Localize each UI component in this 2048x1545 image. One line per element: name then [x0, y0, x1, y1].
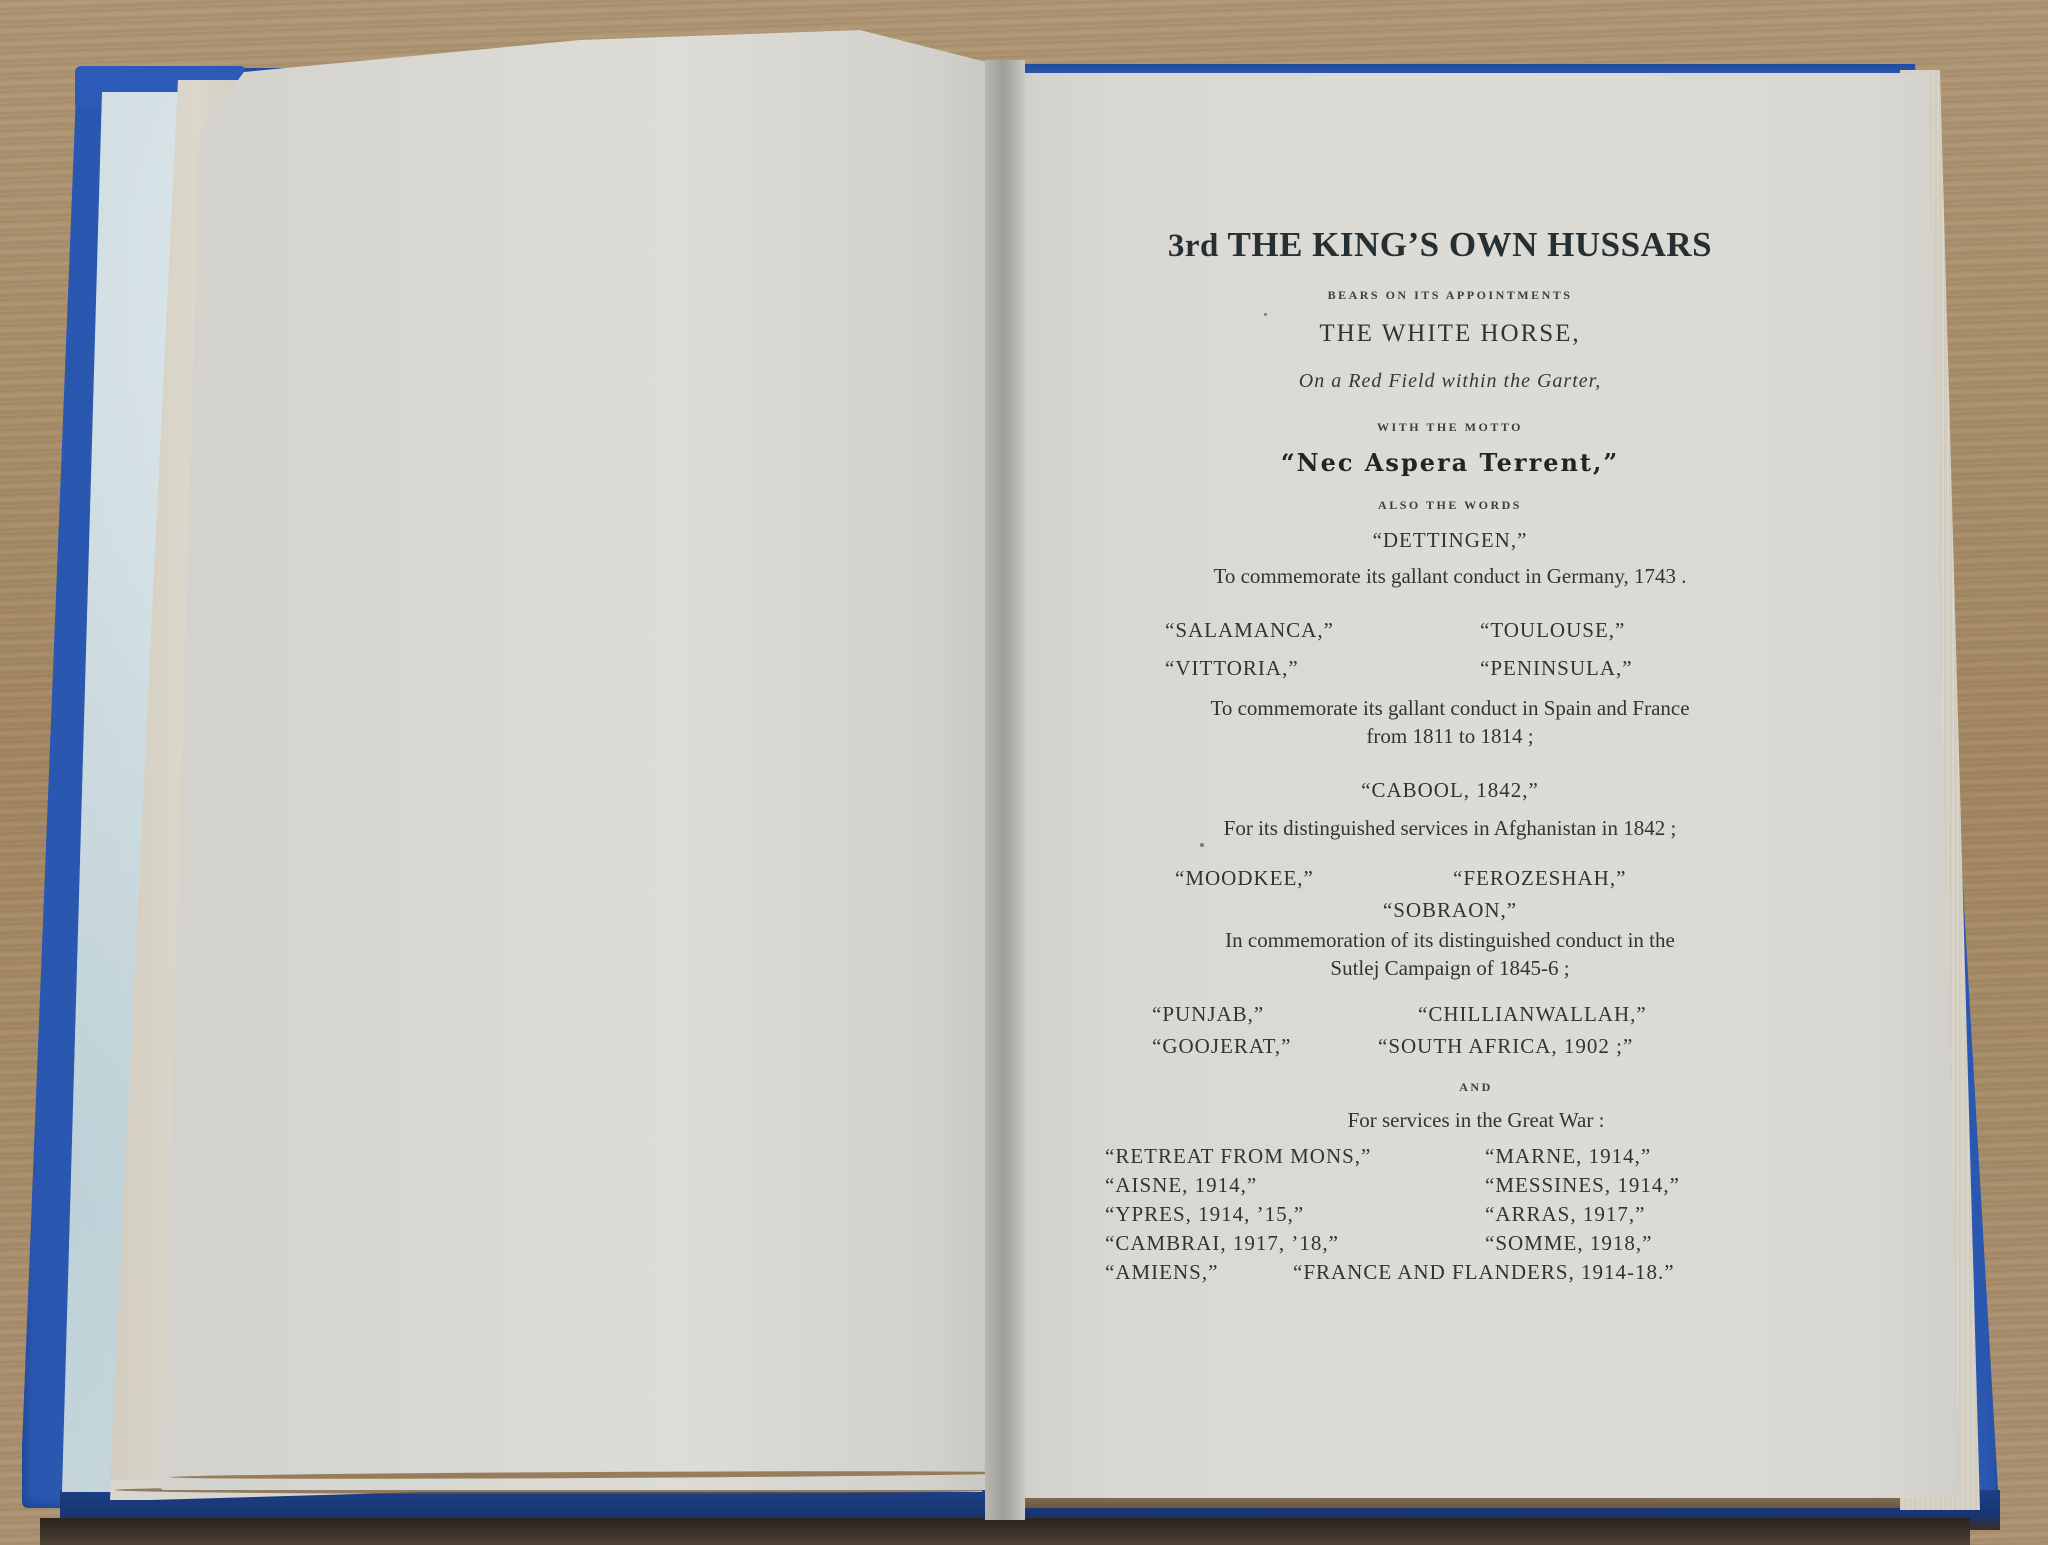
honour-ypres: “YPRES, 1914, ’15,” [1105, 1202, 1304, 1227]
honour-retreat-from-mons: “RETREAT FROM MONS,” [1105, 1144, 1371, 1169]
honour-salamanca: “SALAMANCA,” [1165, 618, 1334, 643]
honour-messines: “MESSINES, 1914,” [1485, 1173, 1680, 1198]
title-ordinal: 3rd [1168, 228, 1219, 264]
book-gutter [985, 60, 1025, 1520]
motto: “Nec Aspera Terrent,” [1060, 448, 1840, 477]
honour-france-and-flanders: “FRANCE AND FLANDERS, 1914-18.” [1293, 1260, 1675, 1285]
honour-peninsula: “PENINSULA,” [1480, 656, 1633, 681]
honour-south-africa: “SOUTH AFRICA, 1902 ;” [1378, 1034, 1633, 1059]
badge-title: THE WHITE HORSE, [1060, 320, 1840, 348]
page-title: 3rd THE KING’S OWN HUSSARS [1090, 225, 1790, 265]
conjunction-and: AND [1086, 1080, 1866, 1095]
title-text: THE KING’S OWN HUSSARS [1228, 225, 1713, 264]
table-shadow [40, 1518, 1970, 1545]
honour-amiens: “AMIENS,” [1105, 1260, 1218, 1285]
honour-marne: “MARNE, 1914,” [1485, 1144, 1651, 1169]
honour-ferozeshah: “FEROZESHAH,” [1453, 866, 1626, 891]
honour-dettingen: “DETTINGEN,” [1060, 528, 1840, 553]
honour-goojerat: “GOOJERAT,” [1152, 1034, 1292, 1059]
honour-toulouse: “TOULOUSE,” [1480, 618, 1625, 643]
honour-cambrai: “CAMBRAI, 1917, ’18,” [1105, 1231, 1339, 1256]
paper-speck [1264, 313, 1267, 316]
honour-arras: “ARRAS, 1917,” [1485, 1202, 1645, 1227]
honour-aisne: “AISNE, 1914,” [1105, 1173, 1257, 1198]
subtitle-bears: BEARS ON ITS APPOINTMENTS [1060, 288, 1840, 303]
honour-vittoria: “VITTORIA,” [1165, 656, 1299, 681]
honour-somme: “SOMME, 1918,” [1485, 1231, 1652, 1256]
citation-sutlej-1: In commemoration of its distinguished co… [1060, 928, 1840, 953]
subtitle-words: ALSO THE WORDS [1060, 498, 1840, 513]
great-war-heading: For services in the Great War : [1086, 1108, 1866, 1133]
honour-punjab: “PUNJAB,” [1152, 1002, 1264, 1027]
citation-spain-france-1: To commemorate its gallant conduct in Sp… [1060, 696, 1840, 721]
badge-description: On a Red Field within the Garter, [1060, 370, 1840, 393]
honour-cabool: “CABOOL, 1842,” [1060, 778, 1840, 803]
subtitle-motto: WITH THE MOTTO [1060, 420, 1840, 435]
honour-moodkee: “MOODKEE,” [1175, 866, 1314, 891]
citation-afghanistan: For its distinguished services in Afghan… [1060, 816, 1840, 841]
honour-sobraon: “SOBRAON,” [1060, 898, 1840, 923]
paper-speck [1200, 843, 1204, 847]
left-page-blank[interactable] [160, 30, 1018, 1490]
citation-spain-france-2: from 1811 to 1814 ; [1060, 724, 1840, 749]
citation-sutlej-2: Sutlej Campaign of 1845-6 ; [1060, 956, 1840, 981]
citation-germany: To commemorate its gallant conduct in Ge… [1060, 564, 1840, 589]
honour-chillianwallah: “CHILLIANWALLAH,” [1418, 1002, 1647, 1027]
